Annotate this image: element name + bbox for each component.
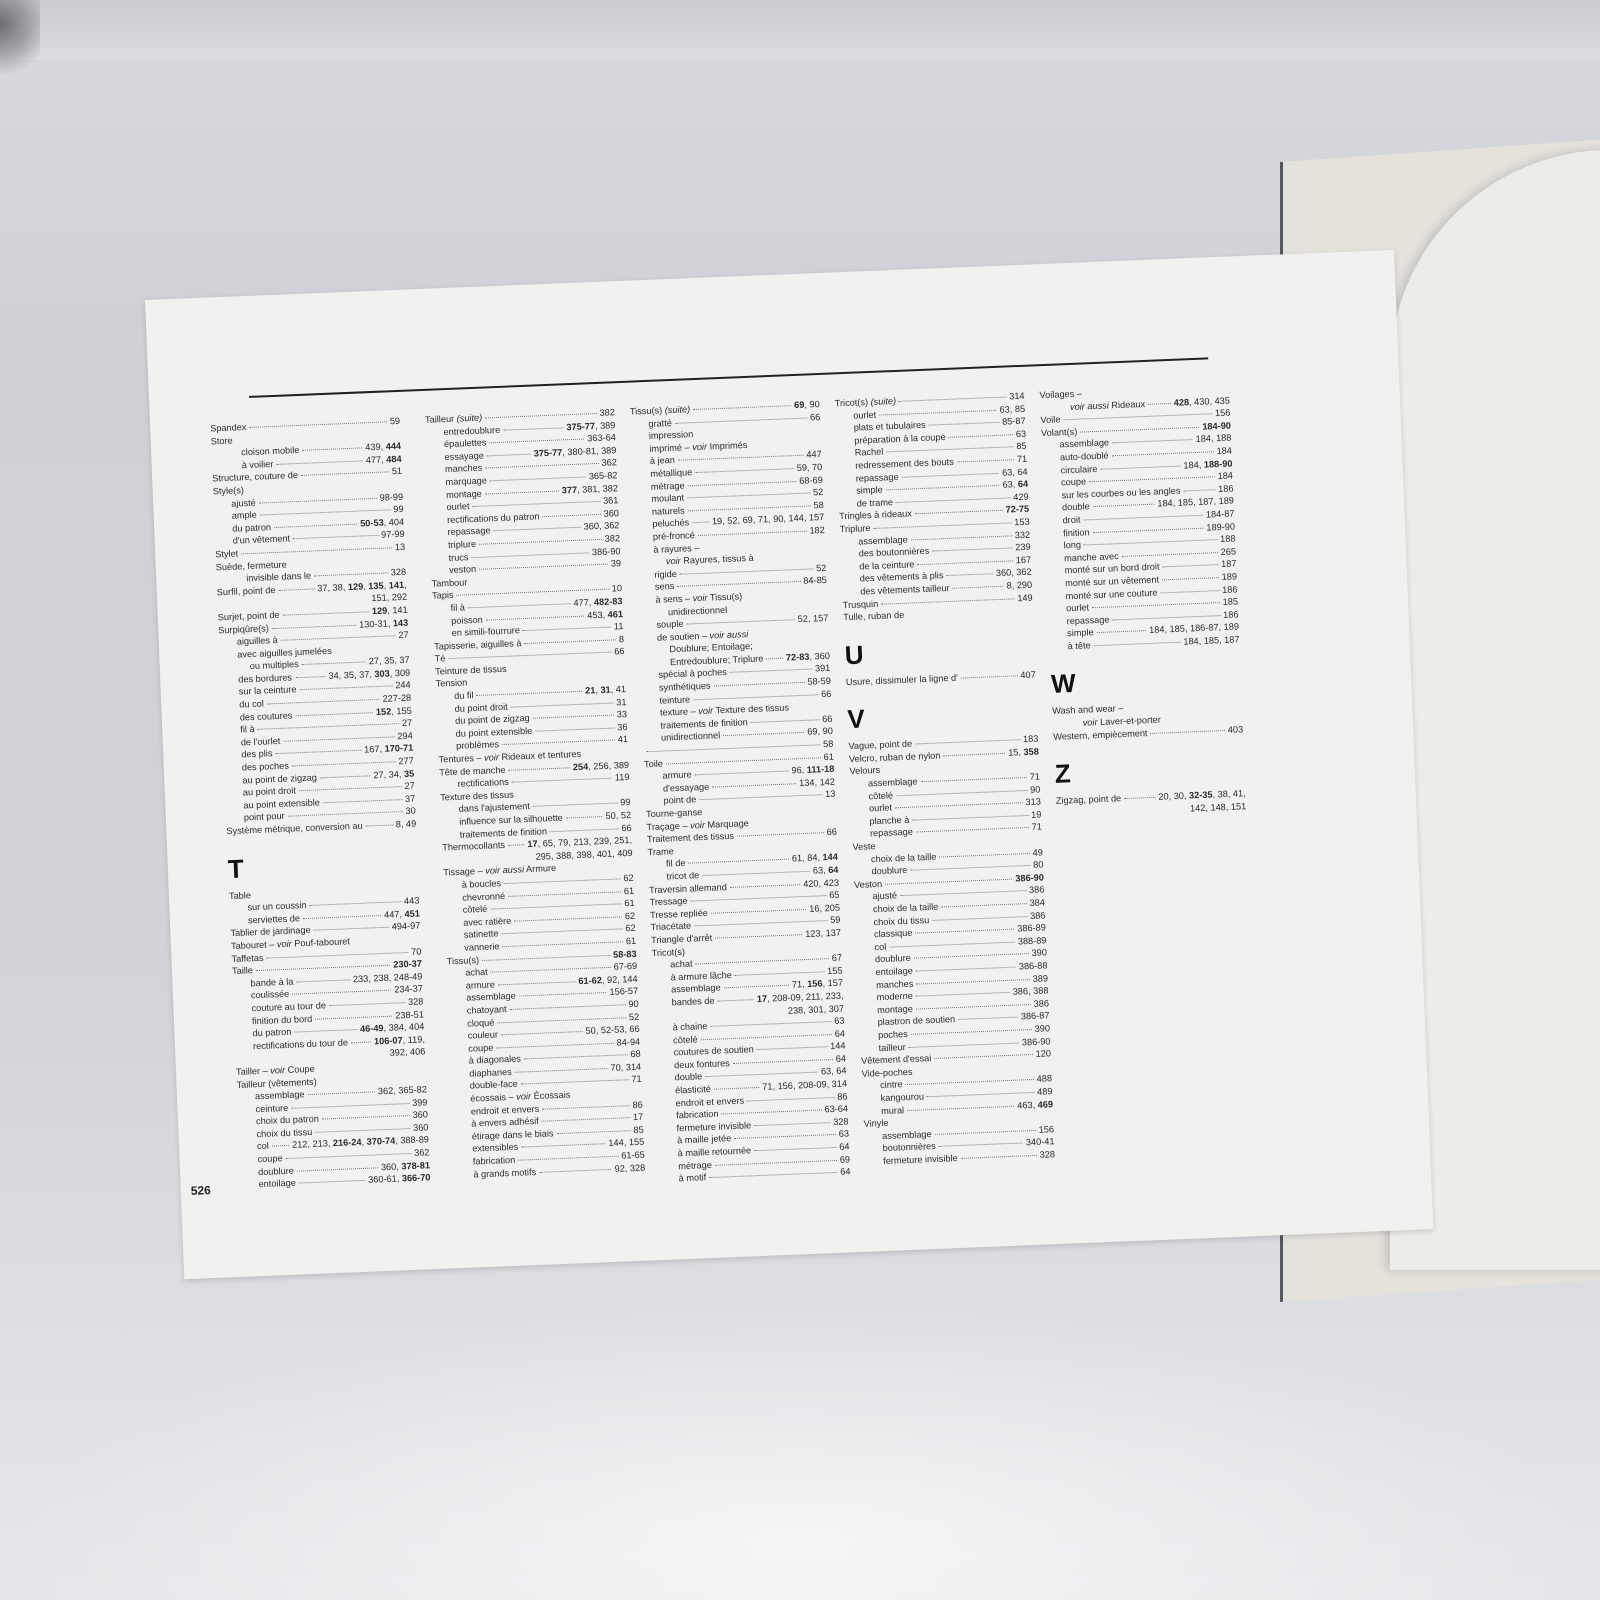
leader-dots — [957, 459, 1014, 462]
leader-dots — [722, 1110, 822, 1115]
entry-term: sur la ceinture — [239, 684, 297, 699]
entry-term: mural — [881, 1104, 904, 1118]
entry-term: assemblage — [255, 1088, 305, 1103]
leader-dots — [1083, 515, 1202, 521]
entry-pages: 71 — [1017, 453, 1028, 466]
entry-pages: 30 — [405, 805, 416, 818]
leader-dots — [902, 472, 1000, 477]
entry-pages: 332 — [1015, 528, 1031, 541]
entry-pages: 384 — [1029, 896, 1045, 909]
entry-pages: 69 — [840, 1153, 851, 1166]
section-letter: W — [1051, 662, 1242, 700]
leader-dots — [278, 588, 314, 590]
entry-pages: 61 — [624, 897, 635, 910]
leader-dots — [695, 468, 794, 473]
leader-dots — [715, 1160, 837, 1166]
entry-term: assemblage — [868, 775, 918, 790]
entry-term: chevronné — [462, 890, 505, 904]
entry-pages: 62 — [623, 872, 634, 885]
entry-term: finition du bord — [252, 1012, 313, 1027]
leader-dots — [504, 878, 620, 884]
leader-dots — [939, 853, 1029, 858]
leader-dots — [1112, 451, 1214, 456]
entry-pages: 70 — [411, 945, 422, 958]
leader-dots — [734, 1134, 836, 1139]
entry-term: Usure, dissimuler la ligne d' — [846, 671, 958, 688]
leader-dots — [717, 999, 753, 1001]
leader-dots — [514, 916, 622, 921]
entry-term: côtelé — [868, 789, 893, 803]
index-column-2: Tailleur (suite)382entredoublure375-77, … — [425, 406, 646, 1181]
entry-term: Veste — [852, 840, 875, 854]
leader-dots — [912, 815, 1028, 821]
leader-dots — [943, 753, 1005, 756]
entry-term: deux fontures — [674, 1057, 730, 1072]
entry-pages: 90 — [628, 998, 639, 1011]
entry-term: couleur — [468, 1029, 499, 1043]
entry-pages: 33 — [617, 708, 628, 721]
leader-dots — [896, 790, 1027, 796]
leader-dots — [501, 1031, 583, 1035]
entry-pages: 234-37 — [394, 983, 423, 997]
leader-dots — [949, 434, 1013, 438]
entry-pages: 186 — [1223, 608, 1239, 621]
corner-shadow — [0, 0, 40, 80]
entry-pages: 144 — [830, 1040, 846, 1053]
leader-dots — [1063, 413, 1212, 420]
entry-pages: 52 — [816, 562, 827, 575]
leader-dots — [272, 624, 356, 628]
entry-pages: 156 — [1038, 1123, 1054, 1136]
leader-dots — [675, 417, 807, 423]
entry-term: Toile — [644, 757, 663, 770]
entry-pages: 62 — [625, 922, 636, 935]
leader-dots — [511, 702, 614, 707]
entry-pages: 153 — [1014, 516, 1030, 529]
leader-dots — [710, 1021, 831, 1027]
entry-pages: 328 — [833, 1115, 849, 1128]
leader-dots — [1160, 590, 1219, 593]
entry-term: achat — [465, 966, 488, 979]
entry-pages: 61 — [823, 750, 834, 763]
entry-term: Voile — [1040, 414, 1060, 427]
leader-dots — [523, 627, 611, 632]
leader-dots — [1089, 476, 1215, 482]
entry-term: fil à — [450, 601, 465, 614]
entry-term: repassage — [1066, 613, 1109, 627]
entry-pages: 67-69 — [613, 960, 637, 974]
leader-dots — [487, 453, 531, 456]
entry-pages: 98-99 — [379, 490, 403, 504]
entry-term: Tresse repliée — [650, 907, 708, 922]
entry-term: armure — [466, 978, 496, 992]
leader-dots — [958, 1017, 1018, 1020]
entry-pages: 63 — [1016, 428, 1027, 441]
entry-term: simple — [1067, 626, 1094, 640]
entry-term: unidirectionnel — [668, 603, 728, 618]
entry-pages: 59 — [830, 914, 841, 927]
entry-pages: 36 — [617, 721, 628, 734]
leader-dots — [757, 1047, 827, 1051]
leader-dots — [308, 1092, 375, 1096]
entry-pages: 313 — [1025, 796, 1041, 809]
entry-term: ourlet — [853, 408, 876, 422]
entry-term: vannerie — [464, 940, 500, 954]
entry-pages: 66 — [826, 826, 837, 839]
leader-dots — [315, 1015, 392, 1019]
entry-pages: 61 — [624, 884, 635, 897]
entry-pages: 244 — [395, 679, 411, 692]
entry-pages: 66 — [821, 687, 832, 700]
leader-dots — [881, 598, 1014, 604]
entry-pages: 386 — [1033, 997, 1049, 1010]
leader-dots — [910, 865, 1030, 871]
leader-dots — [915, 510, 1003, 515]
entry-pages: 340-41 — [1026, 1135, 1055, 1149]
entry-term: Stylet — [215, 547, 238, 561]
entry-term: Thermocollants — [442, 839, 505, 854]
entry-pages: 58 — [823, 738, 834, 751]
entry-term: triplure — [448, 538, 477, 552]
entry-term: assemblage — [466, 990, 516, 1005]
entry-pages: 399 — [412, 1096, 428, 1109]
entry-pages: 185 — [1222, 595, 1238, 608]
leader-dots — [688, 505, 811, 511]
index-page: Spandex59Storecloison mobile439, 444à vo… — [145, 250, 1433, 1279]
leader-dots — [283, 736, 394, 741]
leader-dots — [1148, 403, 1171, 405]
leader-dots — [927, 1092, 1034, 1097]
entry-pages: 13 — [825, 788, 836, 801]
entry-pages: 63, 64 — [813, 864, 839, 878]
entry-pages: 58-83 — [613, 947, 637, 961]
entry-term: Taffetas — [231, 951, 263, 965]
entry-pages: 361 — [603, 494, 619, 507]
entry-pages: 443 — [404, 895, 420, 908]
leader-dots — [1162, 577, 1219, 580]
leader-dots — [542, 1117, 630, 1122]
entry-pages: 429 — [1013, 490, 1029, 503]
leader-dots — [323, 799, 402, 803]
leader-dots — [267, 699, 380, 705]
entry-term: avec ratière — [463, 915, 511, 930]
leader-dots — [566, 816, 603, 818]
entry-term: invisible dans le — [246, 570, 311, 585]
leader-dots — [766, 658, 783, 660]
leader-dots — [712, 783, 796, 787]
entry-term: finition — [1063, 526, 1090, 540]
leader-dots — [524, 1055, 628, 1060]
entry-pages: 188 — [1220, 533, 1236, 546]
entry-term: côtelé — [673, 1033, 698, 1047]
leader-dots — [315, 1128, 410, 1133]
leader-dots — [915, 929, 1014, 934]
leader-dots — [556, 1130, 630, 1134]
entry-term: coupe — [257, 1152, 283, 1166]
leader-dots — [698, 531, 807, 536]
entry-term: kangourou — [880, 1090, 924, 1104]
leader-dots — [705, 1072, 818, 1078]
entry-pages: 69, 90 — [807, 725, 833, 739]
entry-pages: 64 — [835, 1027, 846, 1040]
leader-dots — [896, 497, 1010, 503]
entry-pages: 71 — [1029, 771, 1040, 784]
leader-dots — [724, 985, 789, 989]
entry-pages: 149 — [1017, 591, 1033, 604]
entry-pages: 11 — [614, 620, 624, 633]
entry-pages: 463, 469 — [1017, 1098, 1053, 1112]
entry-pages: 62 — [625, 910, 636, 923]
entry-term: ourlet — [446, 500, 469, 514]
entry-pages: 84-94 — [616, 1035, 640, 1049]
entry-pages: 328 — [1039, 1148, 1055, 1161]
leader-dots — [1080, 427, 1199, 433]
section-letter: V — [847, 697, 1038, 735]
leader-dots — [533, 715, 614, 719]
entry-term: ourlet — [869, 802, 892, 816]
leader-dots — [1100, 465, 1180, 469]
entry-pages: 238-51 — [395, 1008, 424, 1022]
leader-dots — [260, 509, 391, 515]
leader-dots — [515, 1068, 608, 1073]
entry-pages: 388-89 — [1018, 934, 1047, 948]
entry-pages: 97-99 — [381, 528, 405, 542]
leader-dots — [961, 1155, 1037, 1159]
leader-dots — [310, 901, 401, 906]
section-letter: Z — [1054, 752, 1245, 790]
entry-pages: 68 — [630, 1048, 641, 1061]
entry-term: cloqué — [467, 1016, 495, 1030]
entry-term: entoilage — [258, 1177, 296, 1191]
leader-dots — [491, 967, 611, 973]
entry-pages: 390 — [1034, 1022, 1050, 1035]
leader-dots — [932, 916, 1027, 921]
leader-dots — [916, 967, 1016, 972]
entry-term: circulaire — [1060, 462, 1097, 476]
leader-dots — [508, 891, 621, 897]
entry-term: à diagonales — [469, 1053, 522, 1068]
entry-term: double — [674, 1071, 702, 1085]
entry-term: coupe — [468, 1041, 494, 1055]
entry-pages: 155 — [827, 964, 843, 977]
entry-term: cintre — [880, 1079, 903, 1092]
leader-dots — [1094, 642, 1181, 646]
leader-dots — [889, 941, 1015, 947]
leader-dots — [281, 635, 396, 641]
entry-pages: 360 — [603, 507, 619, 520]
leader-dots — [274, 523, 357, 527]
leader-dots — [539, 1169, 612, 1173]
leader-dots — [533, 803, 618, 807]
leader-dots — [519, 992, 607, 997]
leader-dots — [322, 1115, 410, 1120]
leader-dots — [482, 954, 610, 960]
leader-dots — [448, 652, 611, 660]
entry-term: gratté — [648, 417, 672, 431]
leader-dots — [521, 1080, 629, 1085]
leader-dots — [751, 719, 819, 723]
entry-term: rigide — [654, 568, 677, 581]
leader-dots — [730, 669, 812, 673]
entry-term: fil de — [666, 857, 686, 870]
leader-dots — [293, 535, 378, 539]
entry-pages: 59 — [390, 415, 401, 428]
leader-dots — [733, 1059, 833, 1064]
entry-pages: 71 — [631, 1073, 642, 1086]
entry-pages: 362 — [414, 1146, 430, 1159]
leader-dots — [303, 915, 381, 919]
entry-pages: 61-65 — [621, 1149, 645, 1163]
entry-pages: 63, 64 — [1002, 478, 1028, 492]
entry-pages: 362 — [601, 457, 617, 470]
entry-pages: 489 — [1037, 1085, 1053, 1098]
leader-dots — [688, 859, 789, 864]
leader-dots — [1097, 630, 1147, 633]
entry-pages: 63, 64 — [821, 1065, 847, 1079]
entry-pages: 50, 52 — [605, 809, 631, 823]
leader-dots — [911, 1029, 1032, 1035]
entry-pages: 360 — [413, 1121, 429, 1134]
entry-pages: 386-90 — [592, 545, 621, 559]
entry-term: ourlet — [1066, 601, 1089, 615]
entry-pages: 363-64 — [587, 431, 616, 445]
entry-term: poches — [878, 1028, 908, 1042]
leader-dots — [953, 586, 1004, 589]
entry-pages: 390 — [1031, 947, 1047, 960]
entry-pages: 386-89 — [1017, 922, 1046, 936]
leader-dots — [932, 548, 1012, 552]
entry-pages: 85 — [1016, 440, 1027, 453]
entry-term: col — [874, 941, 886, 954]
entry-pages: 64 — [840, 1166, 851, 1179]
entry-pages: 64 — [836, 1052, 847, 1065]
leader-dots — [1112, 439, 1193, 443]
entry-pages: 66 — [621, 821, 632, 834]
leader-dots — [961, 675, 1018, 678]
leader-dots — [477, 691, 583, 696]
entry-term: chatoyant — [467, 1003, 507, 1017]
leader-dots — [714, 1087, 759, 1090]
entry-pages: 63 — [834, 1015, 845, 1028]
leader-dots — [550, 828, 618, 832]
entry-pages: 63-64 — [824, 1103, 848, 1117]
entry-pages: 227-28 — [382, 692, 411, 706]
entry-pages: 382 — [604, 532, 620, 545]
entry-term: ajusté — [231, 496, 256, 510]
entry-pages: 66 — [614, 645, 625, 658]
leader-dots — [503, 427, 563, 430]
leader-dots — [256, 965, 390, 971]
entry-term: synthétiques — [659, 680, 711, 695]
entry-term: Triangle d'arrêt — [651, 932, 713, 947]
entry-pages: 386-87 — [1021, 1010, 1050, 1024]
entry-pages: 68-69 — [799, 474, 823, 488]
entry-term: Taille — [232, 964, 253, 977]
leader-dots — [914, 953, 1029, 959]
leader-dots — [730, 884, 800, 888]
entry-pages: 189-90 — [1206, 520, 1235, 534]
leader-dots — [493, 527, 580, 532]
entry-term: Té — [434, 653, 445, 666]
entry-pages: 156-57 — [609, 985, 638, 999]
entry-pages: 156 — [1215, 407, 1231, 420]
leader-dots — [680, 568, 813, 574]
entry-term: souple — [656, 618, 684, 632]
leader-dots — [535, 727, 614, 731]
entry-pages: 99 — [620, 796, 631, 809]
entry-pages: 386-90 — [1022, 1035, 1051, 1049]
entry-term: sens — [655, 580, 675, 593]
leader-dots — [292, 990, 391, 995]
entry-term: métallique — [650, 466, 692, 480]
entry-term: long — [1063, 539, 1081, 552]
leader-dots — [699, 795, 822, 801]
entry-term: unidirectionnel — [661, 730, 721, 745]
entry-term: Store — [210, 434, 232, 447]
leader-dots — [714, 682, 805, 687]
leader-dots — [542, 514, 600, 517]
entry-term: cloison mobile — [241, 444, 300, 459]
leader-dots — [275, 750, 361, 754]
leader-dots — [496, 1042, 613, 1048]
leader-dots — [1084, 539, 1217, 545]
leader-dots — [915, 740, 1020, 745]
entry-pages: 52, 157 — [797, 612, 828, 626]
leader-dots — [907, 1105, 1014, 1110]
leader-dots — [490, 904, 621, 910]
entry-term: bandes de — [671, 995, 714, 1009]
leader-dots — [314, 573, 388, 577]
entry-term: fil à — [240, 723, 255, 736]
entry-pages: 86 — [632, 1098, 643, 1111]
leader-dots — [258, 723, 399, 730]
section-letter: U — [844, 632, 1035, 670]
page-number: 526 — [191, 1183, 212, 1198]
entry-pages: 391 — [815, 662, 831, 675]
leader-dots — [518, 1156, 618, 1161]
leader-dots — [899, 397, 1006, 402]
entry-pages: 65 — [829, 889, 840, 902]
leader-dots — [241, 547, 392, 554]
entry-pages: 447 — [806, 448, 822, 461]
leader-dots — [486, 615, 585, 620]
entry-term: droit — [1062, 514, 1080, 527]
entry-pages: 186 — [1222, 583, 1238, 596]
leader-dots — [299, 686, 392, 691]
leader-dots — [471, 552, 588, 558]
entry-pages: 314 — [1009, 390, 1025, 403]
entry-pages: 239 — [1015, 541, 1031, 554]
leader-dots — [723, 732, 804, 736]
leader-dots — [1183, 489, 1215, 491]
entry-pages: 15, 358 — [1008, 745, 1039, 759]
entry-pages: 184 — [1216, 444, 1232, 457]
leader-dots — [512, 778, 612, 783]
leader-dots — [920, 777, 1026, 782]
entry-pages: 27 — [398, 629, 409, 642]
entry-term: Trame — [647, 845, 674, 859]
leader-dots — [737, 832, 824, 836]
entry-pages: 85-87 — [1002, 415, 1026, 429]
leader-dots — [266, 952, 408, 959]
entry-pages: 119 — [615, 771, 630, 784]
entry-pages: 13 — [395, 541, 406, 554]
leader-dots — [490, 476, 586, 481]
leader-dots — [709, 1172, 837, 1178]
entry-term: métrage — [678, 1159, 712, 1173]
leader-dots — [917, 560, 1012, 565]
leader-dots — [874, 522, 1012, 529]
